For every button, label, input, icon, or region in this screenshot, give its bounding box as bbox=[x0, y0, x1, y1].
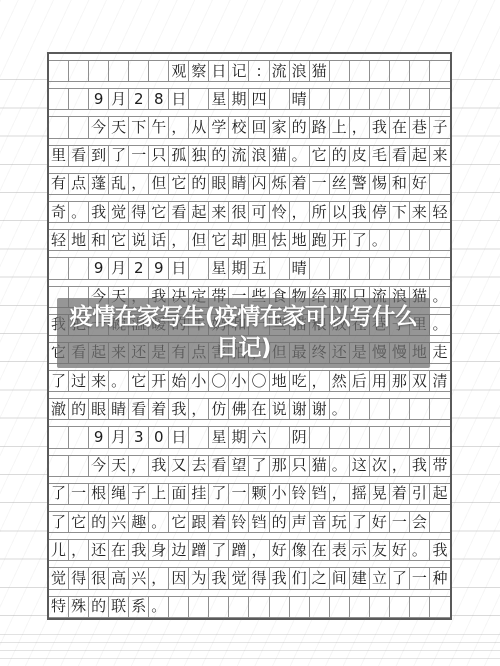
grid-cell bbox=[330, 258, 350, 278]
grid-cell: 了 bbox=[109, 146, 129, 166]
grid-cell: 流 bbox=[270, 61, 290, 81]
grid-cell: 月 bbox=[109, 258, 129, 278]
grid-cell: 很 bbox=[229, 202, 249, 222]
grid-cell: 在 bbox=[390, 117, 410, 137]
grid-cell: 到 bbox=[89, 146, 109, 166]
grid-cell: 和 bbox=[390, 174, 410, 194]
grid-cell: ， bbox=[350, 117, 370, 137]
grid-cell bbox=[350, 61, 370, 81]
grid-cell: 根 bbox=[89, 484, 109, 504]
grid-cell: 停 bbox=[370, 202, 390, 222]
grid-cell: 铃 bbox=[229, 512, 249, 532]
grid-cell bbox=[109, 61, 129, 81]
grid-cell bbox=[330, 427, 350, 447]
grid-cell: 联 bbox=[109, 597, 129, 617]
grid-cell: 〇 bbox=[249, 371, 269, 391]
grid-cell: 2 bbox=[129, 89, 149, 109]
grid-cell: 铛 bbox=[310, 484, 330, 504]
grid-cell: 我 bbox=[89, 202, 109, 222]
grid-cell: 仿 bbox=[209, 399, 229, 419]
grid-cell: 眼 bbox=[209, 174, 229, 194]
grid-cell bbox=[189, 597, 209, 617]
grid-cell: : bbox=[249, 61, 269, 81]
grid-cell: 我 bbox=[169, 399, 189, 419]
grid-cell: 警 bbox=[350, 174, 370, 194]
grid-cell: 这 bbox=[350, 456, 370, 476]
grid-cell bbox=[49, 427, 69, 447]
grid-cell: 着 bbox=[209, 512, 229, 532]
grid-cell bbox=[410, 89, 430, 109]
grid-cell: 的 bbox=[209, 146, 229, 166]
grid-cell: 着 bbox=[390, 484, 410, 504]
grid-cell: 9 bbox=[89, 89, 109, 109]
grid-cell: 只 bbox=[149, 146, 169, 166]
grid-cell bbox=[350, 597, 370, 617]
grid-cell: 回 bbox=[249, 117, 269, 137]
grid-cell bbox=[410, 427, 430, 447]
grid-cell: 日 bbox=[169, 427, 189, 447]
grid-row: 了过来。它开始小〇小〇地吃，然后用那双清 bbox=[49, 370, 450, 392]
grid-cell: 来 bbox=[430, 146, 450, 166]
grid-cell: 来 bbox=[410, 202, 430, 222]
grid-cell: 只 bbox=[290, 456, 310, 476]
grid-cell: 开 bbox=[330, 230, 350, 250]
grid-cell: 蓬 bbox=[89, 174, 109, 194]
grid-cell: 种 bbox=[430, 568, 450, 588]
grid-cell: 挂 bbox=[189, 484, 209, 504]
grid-cell: 建 bbox=[350, 568, 370, 588]
grid-cell: 话 bbox=[149, 230, 169, 250]
grid-cell bbox=[350, 89, 370, 109]
grid-cell bbox=[430, 61, 450, 81]
grid-cell: 然 bbox=[330, 371, 350, 391]
grid-cell bbox=[390, 89, 410, 109]
grid-cell: 〇 bbox=[209, 371, 229, 391]
grid-cell: 过 bbox=[69, 371, 89, 391]
right-margin-guide-lines bbox=[452, 52, 500, 620]
grid-cell: 摇 bbox=[350, 484, 370, 504]
grid-cell bbox=[69, 427, 89, 447]
grid-cell: 天 bbox=[109, 456, 129, 476]
grid-cell: 小 bbox=[229, 371, 249, 391]
grid-cell: 玩 bbox=[330, 512, 350, 532]
grid-cell: 了 bbox=[49, 484, 69, 504]
grid-cell bbox=[410, 399, 430, 419]
grid-cell: 猫 bbox=[310, 61, 330, 81]
grid-cell: 跑 bbox=[310, 230, 330, 250]
grid-cell: 好 bbox=[390, 540, 410, 560]
grid-row: 今天下午，从学校回家的路上，我在巷子 bbox=[49, 116, 450, 138]
grid-cell bbox=[370, 89, 390, 109]
grid-cell bbox=[49, 258, 69, 278]
grid-row: 觉得很高兴，因为我觉得我们之间建立了一种 bbox=[49, 567, 450, 589]
grid-cell: 之 bbox=[310, 568, 330, 588]
grid-cell: 开 bbox=[149, 371, 169, 391]
grid-cell bbox=[229, 597, 249, 617]
grid-cell bbox=[49, 456, 69, 476]
grid-cell: 特 bbox=[49, 597, 69, 617]
grid-cell: 轻 bbox=[430, 202, 450, 222]
grid-cell: 。 bbox=[109, 371, 129, 391]
grid-cell bbox=[430, 427, 450, 447]
grid-cell: 五 bbox=[249, 258, 269, 278]
grid-cell: 看 bbox=[129, 399, 149, 419]
grid-cell: 的 bbox=[189, 174, 209, 194]
grid-cell: 好 bbox=[410, 174, 430, 194]
grid-cell: 观 bbox=[169, 61, 189, 81]
grid-cell: 双 bbox=[410, 371, 430, 391]
grid-cell: 在 bbox=[310, 540, 330, 560]
grid-cell: 了 bbox=[209, 484, 229, 504]
grid-cell bbox=[390, 258, 410, 278]
grid-cell: 在 bbox=[249, 399, 269, 419]
grid-cell: 它 bbox=[69, 512, 89, 532]
grid-cell: 它 bbox=[169, 512, 189, 532]
grid-cell: 看 bbox=[69, 146, 89, 166]
grid-cell bbox=[69, 456, 89, 476]
overlay-title-line2: 日记) bbox=[216, 333, 271, 364]
grid-cell: 间 bbox=[330, 568, 350, 588]
grid-cell bbox=[430, 512, 450, 532]
grid-cell: 孤 bbox=[169, 146, 189, 166]
grid-cell: 一 bbox=[229, 484, 249, 504]
grid-cell: 因 bbox=[169, 568, 189, 588]
grid-cell bbox=[310, 89, 330, 109]
grid-cell: 蹭 bbox=[189, 540, 209, 560]
grid-cell: ， bbox=[310, 371, 330, 391]
grid-cell: 奇 bbox=[49, 202, 69, 222]
grid-row: 9月30日星期六阴 bbox=[49, 426, 450, 448]
grid-cell: 佛 bbox=[229, 399, 249, 419]
grid-cell: 得 bbox=[69, 568, 89, 588]
grid-cell: 今 bbox=[89, 456, 109, 476]
grid-cell: 0 bbox=[149, 427, 169, 447]
diary-page: 观察日记:流浪猫9月28日星期四晴今天下午，从学校回家的路上，我在巷子里看到了一… bbox=[0, 0, 500, 666]
grid-cell: 浪 bbox=[290, 61, 310, 81]
grid-cell: 一 bbox=[69, 484, 89, 504]
grid-cell: 。 bbox=[330, 399, 350, 419]
grid-cell: 我 bbox=[430, 540, 450, 560]
grid-cell: 铃 bbox=[290, 484, 310, 504]
grid-cell: 用 bbox=[370, 371, 390, 391]
grid-cell: 那 bbox=[390, 371, 410, 391]
grid-cell bbox=[410, 258, 430, 278]
grid-cell: 又 bbox=[169, 456, 189, 476]
overlay-title-line1: 疫情在家写生(疫情在家可以写什么 bbox=[70, 302, 418, 333]
grid-cell: 着 bbox=[149, 399, 169, 419]
grid-cell: 引 bbox=[410, 484, 430, 504]
grid-cell: 它 bbox=[149, 202, 169, 222]
grid-row: 了它的兴趣。它跟着铃铛的声音玩了好一会 bbox=[49, 511, 450, 533]
grid-cell: 月 bbox=[109, 427, 129, 447]
grid-cell bbox=[189, 427, 209, 447]
grid-row: 9月28日星期四晴 bbox=[49, 88, 450, 110]
grid-cell bbox=[410, 230, 430, 250]
grid-cell: 地 bbox=[290, 230, 310, 250]
grid-cell bbox=[350, 427, 370, 447]
grid-cell: 谢 bbox=[290, 399, 310, 419]
grid-cell: 带 bbox=[430, 456, 450, 476]
grid-cell: 但 bbox=[189, 230, 209, 250]
grid-cell: 9 bbox=[149, 258, 169, 278]
grid-cell: 去 bbox=[189, 456, 209, 476]
grid-cell: 地 bbox=[270, 371, 290, 391]
grid-cell: 它 bbox=[129, 371, 149, 391]
grid-cell bbox=[330, 89, 350, 109]
grid-cell: 还 bbox=[89, 540, 109, 560]
grid-cell: 好 bbox=[270, 540, 290, 560]
grid-cell: 的 bbox=[270, 512, 290, 532]
grid-cell: 。 bbox=[370, 230, 390, 250]
grid-cell bbox=[390, 230, 410, 250]
grid-cell: 。 bbox=[290, 146, 310, 166]
grid-row: 轻地和它说话，但它却胆怯地跑开了。 bbox=[49, 229, 450, 251]
grid-cell: 绳 bbox=[109, 484, 129, 504]
grid-cell: 日 bbox=[209, 61, 229, 81]
grid-cell: 小 bbox=[189, 371, 209, 391]
grid-cell: 丝 bbox=[330, 174, 350, 194]
grid-cell: 轻 bbox=[49, 230, 69, 250]
grid-cell: 起 bbox=[430, 484, 450, 504]
grid-cell bbox=[370, 597, 390, 617]
grid-cell bbox=[69, 117, 89, 137]
grid-row: 9月29日星期五晴 bbox=[49, 257, 450, 279]
grid-cell: 声 bbox=[290, 512, 310, 532]
grid-cell: 像 bbox=[290, 540, 310, 560]
grid-cell: 浪 bbox=[249, 146, 269, 166]
grid-cell: 它 bbox=[109, 230, 129, 250]
grid-cell: 眼 bbox=[89, 399, 109, 419]
grid-cell: 次 bbox=[370, 456, 390, 476]
bottom-margin-guide-lines bbox=[0, 627, 500, 666]
grid-cell: 。 bbox=[149, 597, 169, 617]
grid-cell: ， bbox=[69, 540, 89, 560]
grid-cell: 谢 bbox=[310, 399, 330, 419]
grid-row: 今天，我又去看望了那只猫。这次，我带 bbox=[49, 455, 450, 477]
grid-cell: 殊 bbox=[69, 597, 89, 617]
grid-cell: 毛 bbox=[370, 146, 390, 166]
grid-cell: 星 bbox=[209, 89, 229, 109]
grid-cell: 我 bbox=[350, 202, 370, 222]
grid-row: 澈的眼睛看着我，仿佛在说谢谢。 bbox=[49, 398, 450, 420]
grid-cell: 了 bbox=[350, 230, 370, 250]
grid-cell: 我 bbox=[149, 456, 169, 476]
grid-cell bbox=[430, 399, 450, 419]
grid-cell bbox=[69, 61, 89, 81]
grid-cell: 一 bbox=[129, 146, 149, 166]
grid-cell: 却 bbox=[229, 230, 249, 250]
grid-cell: 面 bbox=[169, 484, 189, 504]
grid-cell: 下 bbox=[129, 117, 149, 137]
grid-cell: 的 bbox=[89, 512, 109, 532]
grid-cell bbox=[69, 89, 89, 109]
grid-cell: 我 bbox=[270, 568, 290, 588]
grid-cell: 来 bbox=[89, 371, 109, 391]
grid-cell: 觉 bbox=[109, 202, 129, 222]
grid-cell: 路 bbox=[310, 117, 330, 137]
grid-cell: 阴 bbox=[290, 427, 310, 447]
grid-cell: 会 bbox=[410, 512, 430, 532]
grid-cell: 皮 bbox=[350, 146, 370, 166]
grid-cell bbox=[270, 597, 290, 617]
grid-cell: 。 bbox=[69, 202, 89, 222]
grid-cell: 胆 bbox=[249, 230, 269, 250]
grid-cell: 清 bbox=[430, 371, 450, 391]
grid-cell: 8 bbox=[149, 89, 169, 109]
grid-cell: 子 bbox=[129, 484, 149, 504]
grid-cell: 一 bbox=[390, 512, 410, 532]
grid-cell: 惕 bbox=[370, 174, 390, 194]
grid-cell: 晴 bbox=[290, 258, 310, 278]
grid-cell: 澈 bbox=[49, 399, 69, 419]
grid-cell: 望 bbox=[229, 456, 249, 476]
grid-cell: 记 bbox=[229, 61, 249, 81]
grid-cell bbox=[149, 61, 169, 81]
grid-cell: 子 bbox=[430, 117, 450, 137]
grid-cell: 天 bbox=[109, 117, 129, 137]
grid-cell: ， bbox=[290, 202, 310, 222]
grid-cell bbox=[430, 230, 450, 250]
grid-cell bbox=[350, 399, 370, 419]
grid-cell: 但 bbox=[149, 174, 169, 194]
grid-cell: 猫 bbox=[310, 456, 330, 476]
grid-cell bbox=[330, 597, 350, 617]
grid-cell: 一 bbox=[310, 174, 330, 194]
grid-cell: 始 bbox=[169, 371, 189, 391]
grid-cell: ， bbox=[249, 540, 269, 560]
grid-cell bbox=[270, 89, 290, 109]
grid-cell bbox=[249, 597, 269, 617]
grid-cell: 的 bbox=[69, 399, 89, 419]
grid-cell: 上 bbox=[330, 117, 350, 137]
title-overlay: 疫情在家写生(疫情在家可以写什么 日记) bbox=[57, 298, 430, 368]
grid-row: 了一根绳子上面挂了一颗小铃铛，摇晃着引起 bbox=[49, 483, 450, 505]
grid-cell: 铛 bbox=[249, 512, 269, 532]
grid-cell: 着 bbox=[290, 174, 310, 194]
grid-cell: 立 bbox=[370, 568, 390, 588]
grid-cell: 很 bbox=[89, 568, 109, 588]
grid-cell: ， bbox=[169, 230, 189, 250]
grid-cell: ， bbox=[390, 456, 410, 476]
grid-cell bbox=[430, 597, 450, 617]
grid-cell: 们 bbox=[290, 568, 310, 588]
grid-cell: 。 bbox=[430, 315, 450, 335]
grid-cell: 察 bbox=[189, 61, 209, 81]
grid-cell: 音 bbox=[310, 512, 330, 532]
grid-cell: 的 bbox=[290, 117, 310, 137]
grid-cell: 9 bbox=[89, 258, 109, 278]
grid-cell: 边 bbox=[169, 540, 189, 560]
grid-cell bbox=[189, 89, 209, 109]
grid-cell: 觉 bbox=[229, 568, 249, 588]
grid-cell: 六 bbox=[249, 427, 269, 447]
grid-cell bbox=[169, 597, 189, 617]
grid-cell: 里 bbox=[49, 146, 69, 166]
grid-cell: 得 bbox=[129, 202, 149, 222]
grid-cell: ， bbox=[129, 174, 149, 194]
grid-cell: 在 bbox=[109, 540, 129, 560]
grid-cell: 走 bbox=[430, 343, 450, 363]
grid-cell: 有 bbox=[49, 174, 69, 194]
grid-cell: 说 bbox=[270, 399, 290, 419]
grid-cell: 它 bbox=[310, 146, 330, 166]
grid-cell: 巷 bbox=[410, 117, 430, 137]
grid-cell: 看 bbox=[209, 456, 229, 476]
grid-cell: 日 bbox=[169, 258, 189, 278]
grid-cell bbox=[310, 258, 330, 278]
grid-cell: 可 bbox=[249, 202, 269, 222]
grid-cell: 以 bbox=[330, 202, 350, 222]
grid-cell: 系 bbox=[129, 597, 149, 617]
grid-cell bbox=[410, 597, 430, 617]
left-margin-guide-lines bbox=[0, 52, 47, 620]
grid-cell: 下 bbox=[390, 202, 410, 222]
grid-cell bbox=[270, 258, 290, 278]
grid-cell: 说 bbox=[129, 230, 149, 250]
grid-cell: 小 bbox=[270, 484, 290, 504]
grid-cell bbox=[129, 61, 149, 81]
grid-row: 有点蓬乱，但它的眼睛闪烁着一丝警惕和好 bbox=[49, 173, 450, 195]
grid-cell: 后 bbox=[350, 371, 370, 391]
grid-cell: 星 bbox=[209, 258, 229, 278]
grid-cell: 晃 bbox=[370, 484, 390, 504]
grid-cell: 2 bbox=[129, 258, 149, 278]
grid-cell bbox=[390, 61, 410, 81]
grid-cell: 起 bbox=[189, 202, 209, 222]
grid-cell: 了 bbox=[350, 512, 370, 532]
grid-cell: 示 bbox=[350, 540, 370, 560]
grid-cell: 上 bbox=[149, 484, 169, 504]
grid-cell: 为 bbox=[189, 568, 209, 588]
grid-cell bbox=[189, 258, 209, 278]
grid-row: 奇。我觉得它看起来很可怜，所以我停下来轻 bbox=[49, 201, 450, 223]
grid-cell: 烁 bbox=[270, 174, 290, 194]
grid-cell bbox=[350, 258, 370, 278]
grid-cell bbox=[370, 427, 390, 447]
grid-cell bbox=[49, 117, 69, 137]
grid-cell: 友 bbox=[370, 540, 390, 560]
grid-cell bbox=[390, 399, 410, 419]
grid-cell: 表 bbox=[330, 540, 350, 560]
grid-cell: 3 bbox=[129, 427, 149, 447]
grid-row: 观察日记:流浪猫 bbox=[49, 60, 450, 82]
grid-cell: ， bbox=[169, 117, 189, 137]
grid-cell: ， bbox=[189, 399, 209, 419]
grid-cell bbox=[270, 427, 290, 447]
grid-cell bbox=[370, 258, 390, 278]
grid-cell: 我 bbox=[209, 568, 229, 588]
grid-cell: 觉 bbox=[49, 568, 69, 588]
grid-cell: 一 bbox=[410, 568, 430, 588]
grid-cell bbox=[390, 597, 410, 617]
grid-cell: 今 bbox=[89, 117, 109, 137]
grid-cell: 高 bbox=[109, 568, 129, 588]
grid-cell: 了 bbox=[249, 456, 269, 476]
grid-cell: 乱 bbox=[109, 174, 129, 194]
grid-cell: 日 bbox=[169, 89, 189, 109]
grid-cell: 。 bbox=[149, 512, 169, 532]
grid-cell: 睛 bbox=[229, 174, 249, 194]
grid-cell: 期 bbox=[229, 89, 249, 109]
grid-cell: 所 bbox=[310, 202, 330, 222]
grid-cell: 家 bbox=[270, 117, 290, 137]
grid-cell: ， bbox=[149, 568, 169, 588]
grid-cell: 看 bbox=[169, 202, 189, 222]
grid-row: 儿，还在我身边蹭了蹭，好像在表示友好。我 bbox=[49, 539, 450, 561]
grid-cell: 我 bbox=[370, 117, 390, 137]
grid-cell: 流 bbox=[229, 146, 249, 166]
grid-cell: 了 bbox=[390, 568, 410, 588]
